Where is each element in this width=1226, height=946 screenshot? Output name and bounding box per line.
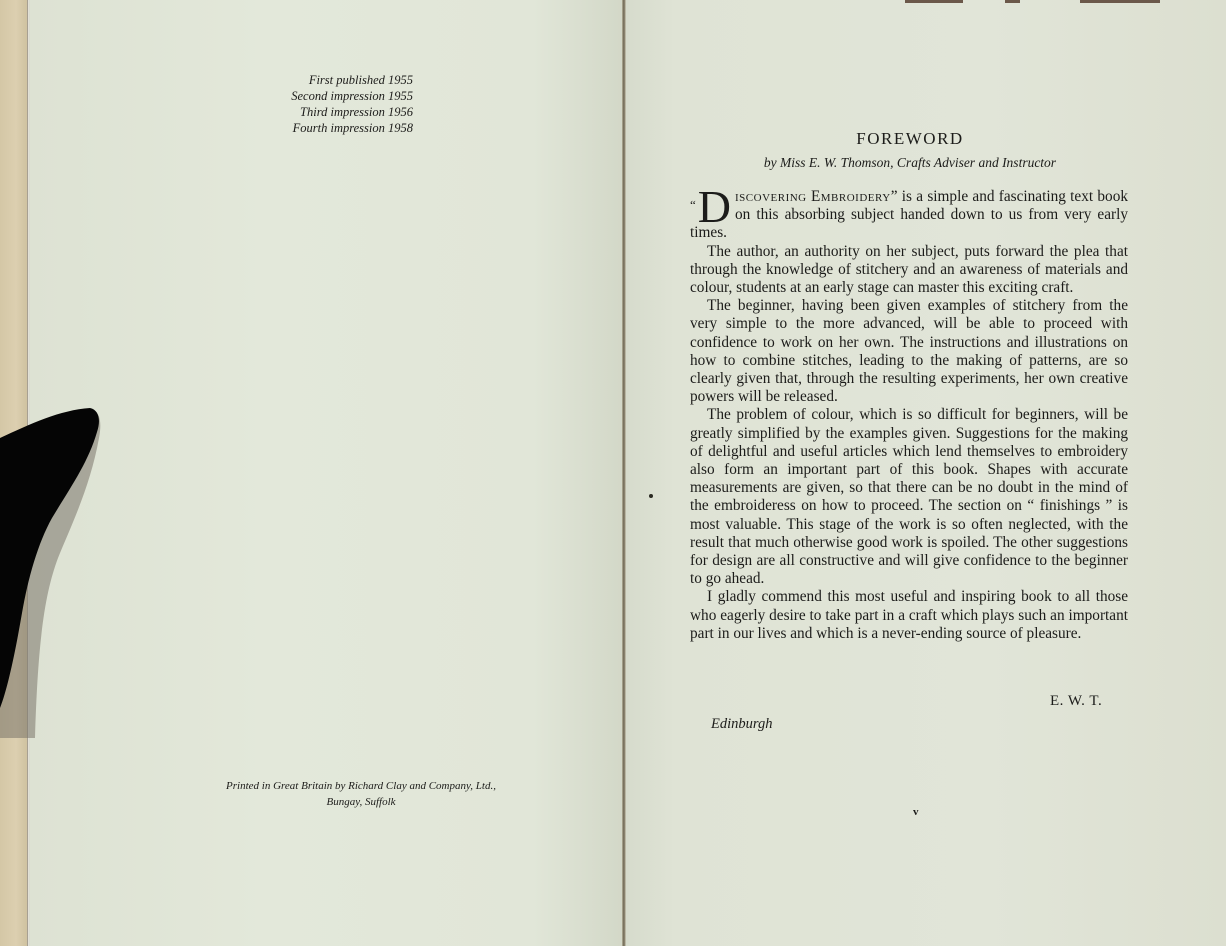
impressions-list: First published 1955 Second impression 1… xyxy=(270,72,413,136)
title-smallcaps: Embroidery xyxy=(811,188,891,205)
foreword-body: “Discovering Embroidery” is a simple and… xyxy=(690,188,1128,643)
printer-location: Bungay, Suffolk xyxy=(200,794,522,810)
impression-line: Fourth impression 1958 xyxy=(270,120,413,136)
printer-line: Printed in Great Britain by Richard Clay… xyxy=(200,778,522,794)
finger-shadow xyxy=(0,408,102,738)
signature-place: Edinburgh xyxy=(711,716,773,733)
foreword-paragraph: I gladly commend this most useful and in… xyxy=(690,588,1128,643)
drop-cap: “D xyxy=(690,190,731,224)
top-scrap xyxy=(1080,0,1160,3)
foreword-paragraph: The problem of colour, which is so diffi… xyxy=(690,406,1128,588)
foreword-paragraph: The author, an authority on her subject,… xyxy=(690,243,1128,298)
book-spread: First published 1955 Second impression 1… xyxy=(0,0,1226,946)
top-scrap xyxy=(1005,0,1020,3)
page-number: v xyxy=(913,806,919,818)
foreword-paragraph: “Discovering Embroidery” is a simple and… xyxy=(690,188,1128,243)
paper-speck xyxy=(649,494,653,498)
top-scrap xyxy=(905,0,963,3)
title-smallcaps: iscovering xyxy=(735,188,807,205)
impression-line: Third impression 1956 xyxy=(270,104,413,120)
foreword-title: FOREWORD xyxy=(690,129,1130,149)
foreword-paragraph: The beginner, having been given examples… xyxy=(690,297,1128,406)
open-quote: “ xyxy=(690,197,696,212)
impression-line: First published 1955 xyxy=(270,72,413,88)
impression-line: Second impression 1955 xyxy=(270,88,413,104)
signature-initials: E. W. T. xyxy=(1050,693,1102,710)
foreword-byline: by Miss E. W. Thomson, Crafts Adviser an… xyxy=(690,155,1130,171)
printer-imprint: Printed in Great Britain by Richard Clay… xyxy=(200,778,522,810)
